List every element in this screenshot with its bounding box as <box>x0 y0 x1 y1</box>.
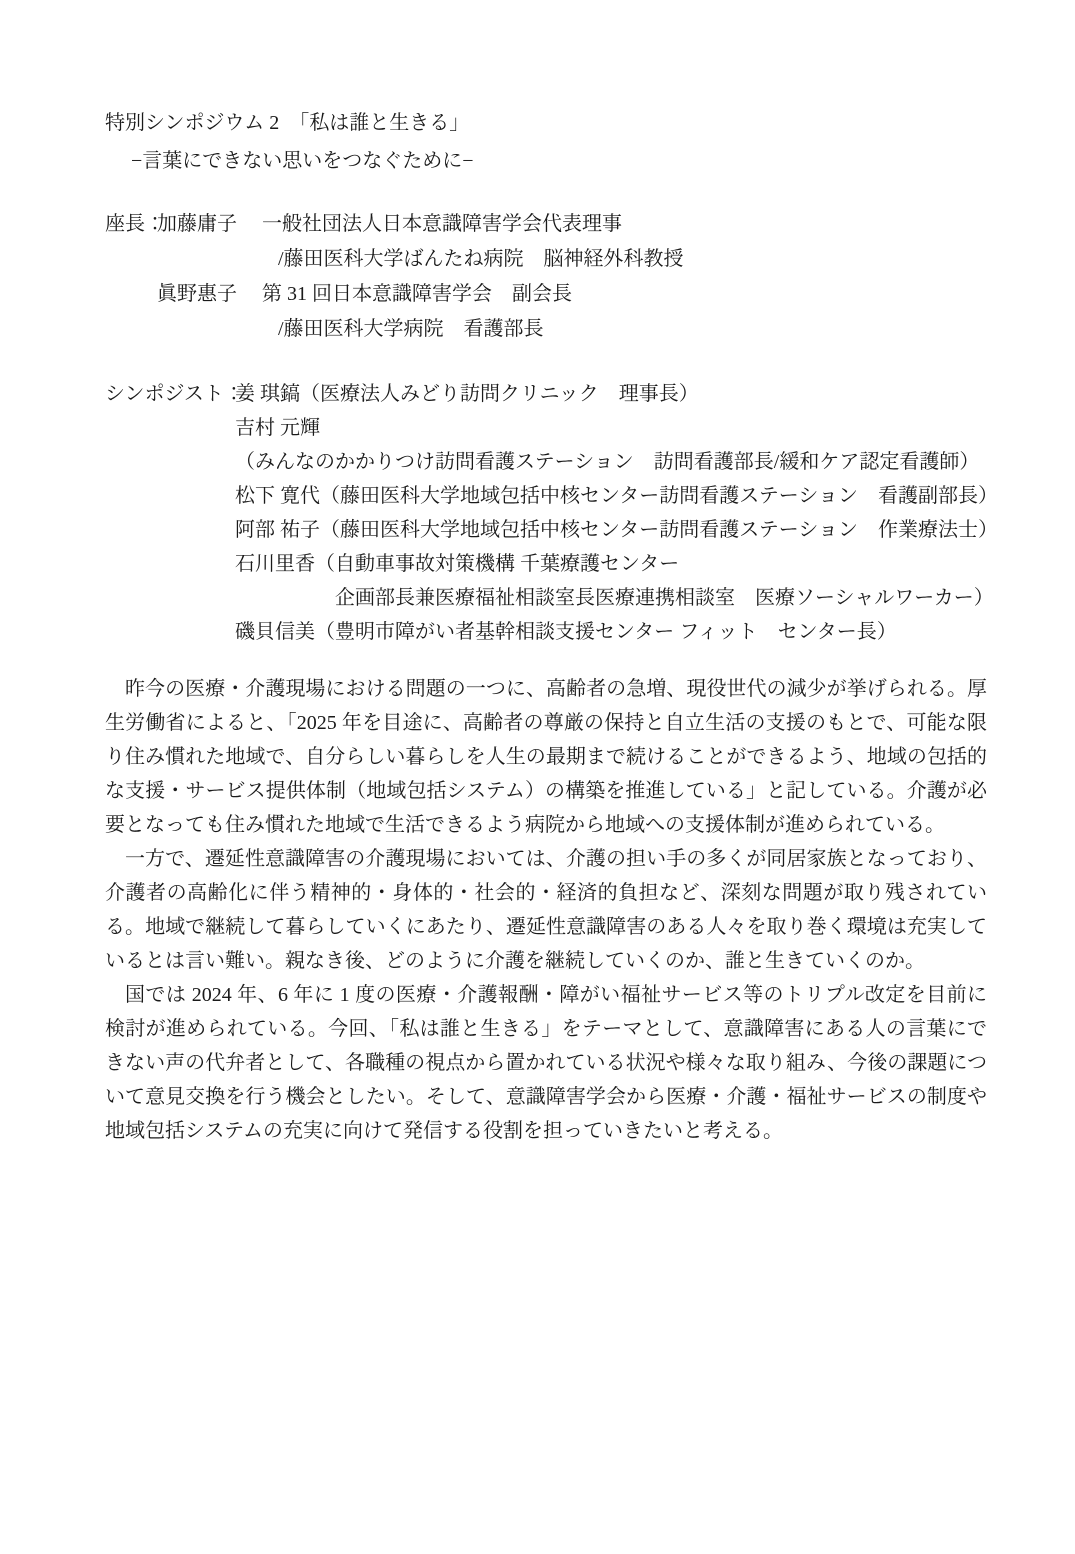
symposists-section: シンポジスト：姜 琪鎬（医療法人みどり訪問クリニック 理事長） 吉村 元輝 （み… <box>105 377 987 649</box>
symposium-title: 特別シンポジウム 2 「私は誰と生きる」 <box>105 104 987 142</box>
chair-1-role: 一般社団法人日本意識障害学会代表理事 <box>262 213 622 235</box>
symposists-label: シンポジスト： <box>105 377 235 411</box>
abstract-section: 昨今の医療・介護現場における問題の一つに、高齢者の急増、現役世代の減少が挙げられ… <box>105 672 987 1148</box>
chairs-label: 座長： <box>105 207 157 242</box>
chair-row-2: 眞野惠子第 31 回日本意識障害学会 副会長 <box>105 277 987 312</box>
symposium-subtitle: −言葉にできない思いをつなぐために− <box>105 142 987 180</box>
abstract-paragraph-3: 国では 2024 年、6 年に 1 度の医療・介護報酬・障がい福祉サービス等のト… <box>105 978 987 1148</box>
document-page: 特別シンポジウム 2 「私は誰と生きる」 −言葉にできない思いをつなぐために− … <box>0 0 1075 1554</box>
symposist-5: 石川里香（自動車事故対策機構 千葉療護センター <box>105 547 987 581</box>
chair-row-1: 座長：加藤庸子一般社団法人日本意識障害学会代表理事 <box>105 207 987 242</box>
chair-2-affiliation: /藤田医科大学病院 看護部長 <box>105 312 987 347</box>
symposist-3: 松下 寛代（藤田医科大学地域包括中核センター訪問看護ステーション 看護副部長） <box>105 479 987 513</box>
symposist-2-name: 吉村 元輝 <box>105 411 987 445</box>
symposist-row-1: シンポジスト：姜 琪鎬（医療法人みどり訪問クリニック 理事長） <box>105 377 987 411</box>
chair-1-name: 加藤庸子 <box>157 213 237 235</box>
abstract-paragraph-2: 一方で、遷延性意識障害の介護現場においては、介護の担い手の多くが同居家族となって… <box>105 842 987 978</box>
symposist-4: 阿部 祐子（藤田医科大学地域包括中核センター訪問看護ステーション 作業療法士） <box>105 513 987 547</box>
chair-1-affiliation: /藤田医科大学ばんたね病院 脳神経外科教授 <box>105 242 987 277</box>
symposist-1: 姜 琪鎬（医療法人みどり訪問クリニック 理事長） <box>235 383 699 405</box>
symposist-5-title: 企画部長兼医療福祉相談室長医療連携相談室 医療ソーシャルワーカー） <box>105 581 987 615</box>
abstract-paragraph-1: 昨今の医療・介護現場における問題の一つに、高齢者の急増、現役世代の減少が挙げられ… <box>105 672 987 842</box>
symposist-6: 磯貝信美（豊明市障がい者基幹相談支援センター フィット センター長） <box>105 615 987 649</box>
chair-2-role: 第 31 回日本意識障害学会 副会長 <box>262 283 572 305</box>
chair-2-name: 眞野惠子 <box>157 283 237 305</box>
symposist-2-affiliation: （みんなのかかりつけ訪問看護ステーション 訪問看護部長/緩和ケア認定看護師） <box>105 445 987 479</box>
title-section: 特別シンポジウム 2 「私は誰と生きる」 −言葉にできない思いをつなぐために− <box>105 104 987 180</box>
chairs-section: 座長：加藤庸子一般社団法人日本意識障害学会代表理事 /藤田医科大学ばんたね病院 … <box>105 207 987 347</box>
